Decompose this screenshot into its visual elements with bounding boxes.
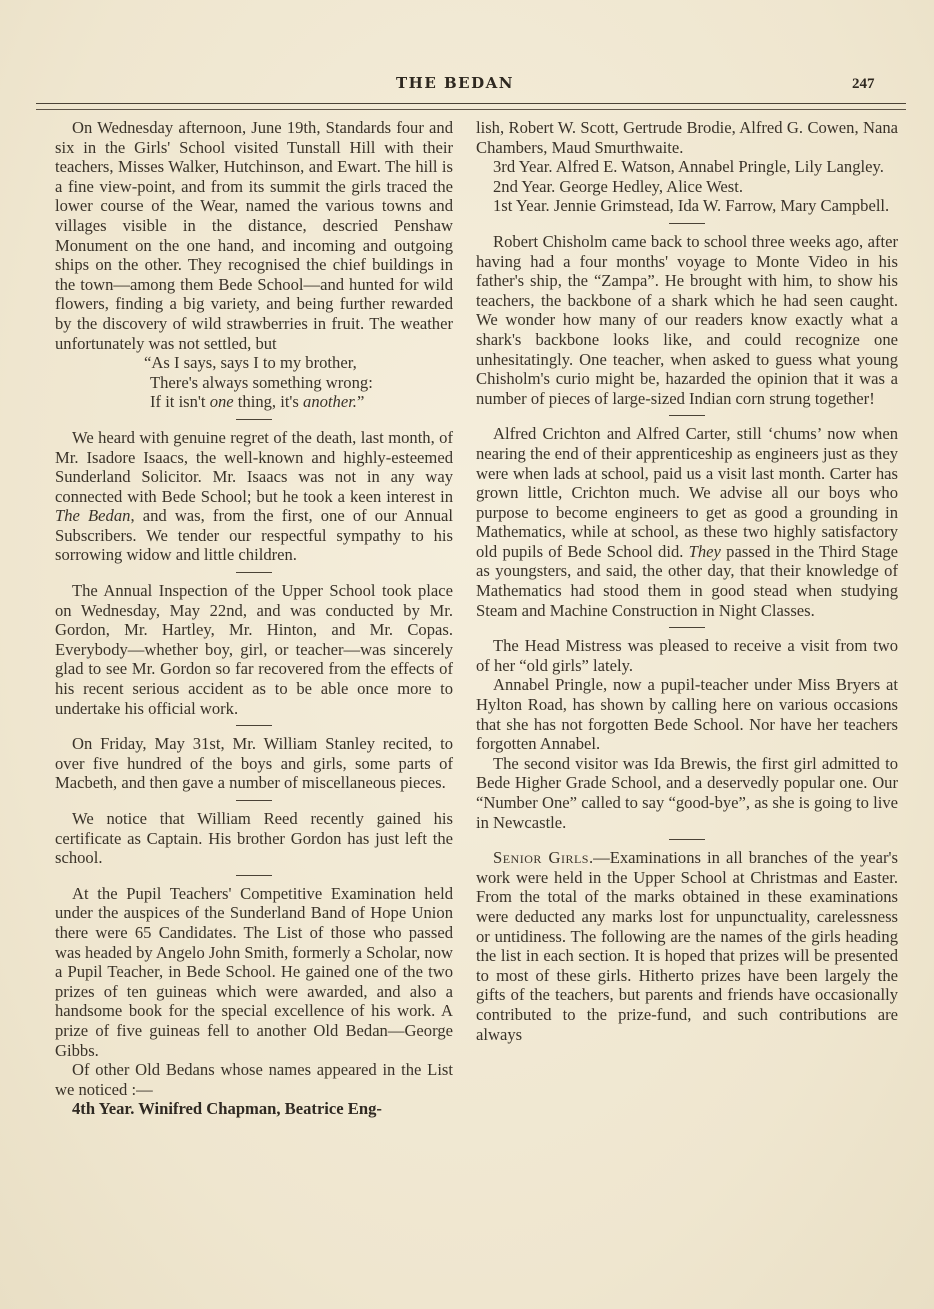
publication-title: THE BEDAN — [396, 74, 514, 92]
page-number: 247 — [852, 76, 875, 93]
paragraph-isaacs-obituary: We heard with genuine regret of the deat… — [55, 428, 453, 565]
paragraph-text: .—Examinations in all branches of the ye… — [476, 848, 898, 1043]
right-column: lish, Robert W. Scott, Gertrude Brodie, … — [476, 118, 898, 1044]
verse-emphasis: one — [210, 392, 234, 411]
section-divider — [236, 572, 272, 573]
paragraph-annual-inspection: The Annual Inspection of the Upper Schoo… — [55, 581, 453, 718]
section-divider — [669, 223, 705, 224]
publication-name: The Bedan — [55, 506, 130, 525]
magazine-page: THE BEDAN 247 On Wednesday afternoon, Ju… — [0, 0, 934, 1309]
list-4th-year: 4th Year. Winifred Chapman, Beatrice Eng… — [55, 1099, 453, 1119]
section-lead-in: Senior Girls — [493, 848, 589, 867]
paragraph-head-mistress: The Head Mistress was pleased to receive… — [476, 636, 898, 675]
verse-line-2: There's always something wrong: — [150, 373, 453, 393]
emphasis-text: They — [689, 542, 721, 561]
running-head: THE BEDAN 247 — [0, 70, 934, 100]
section-divider — [669, 627, 705, 628]
paragraph-pupil-teachers-exam: At the Pupil Teachers' Competitive Exami… — [55, 884, 453, 1060]
paragraph-tunstall-hill-visit: On Wednesday afternoon, June 19th, Stand… — [55, 118, 453, 353]
section-divider — [236, 419, 272, 420]
verse-text: thing, it's — [234, 392, 303, 411]
section-divider — [236, 725, 272, 726]
paragraph-chisholm-shark: Robert Chisholm came back to school thre… — [476, 232, 898, 408]
list-1st-year: 1st Year. Jennie Grimstead, Ida W. Farro… — [476, 196, 898, 216]
verse-line-3: If it isn't one thing, it's another.” — [150, 392, 453, 412]
list-4th-year-continued: lish, Robert W. Scott, Gertrude Brodie, … — [476, 118, 898, 157]
paragraph-text: We heard with genuine regret of the deat… — [55, 428, 453, 506]
section-divider — [236, 875, 272, 876]
verse-emphasis: another. — [303, 392, 357, 411]
paragraph-other-old-bedans: Of other Old Bedans whose names appeared… — [55, 1060, 453, 1099]
header-double-rule — [36, 103, 906, 110]
paragraph-ida-brewis: The second visitor was Ida Brewis, the f… — [476, 754, 898, 832]
verse-line-1: “As I says, says I to my brother, — [150, 353, 453, 373]
paragraph-william-reed: We notice that William Reed recently gai… — [55, 809, 453, 868]
paragraph-text: Alfred Crichton and Alfred Carter, still… — [476, 424, 898, 561]
verse-text: If it isn't — [150, 392, 210, 411]
verse-quote: “As I says, says I to my brother, There'… — [150, 353, 453, 412]
section-divider — [669, 415, 705, 416]
verse-text: ” — [357, 392, 364, 411]
list-2nd-year: 2nd Year. George Hedley, Alice West. — [476, 177, 898, 197]
paragraph-crichton-carter: Alfred Crichton and Alfred Carter, still… — [476, 424, 898, 620]
section-divider — [669, 839, 705, 840]
paragraph-annabel-pringle: Annabel Pringle, now a pupil-teacher und… — [476, 675, 898, 753]
section-divider — [236, 800, 272, 801]
left-column: On Wednesday afternoon, June 19th, Stand… — [55, 118, 453, 1119]
paragraph-senior-girls: Senior Girls.—Examinations in all branch… — [476, 848, 898, 1044]
paragraph-stanley-recital: On Friday, May 31st, Mr. William Stanley… — [55, 734, 453, 793]
list-3rd-year: 3rd Year. Alfred E. Watson, Annabel Prin… — [476, 157, 898, 177]
